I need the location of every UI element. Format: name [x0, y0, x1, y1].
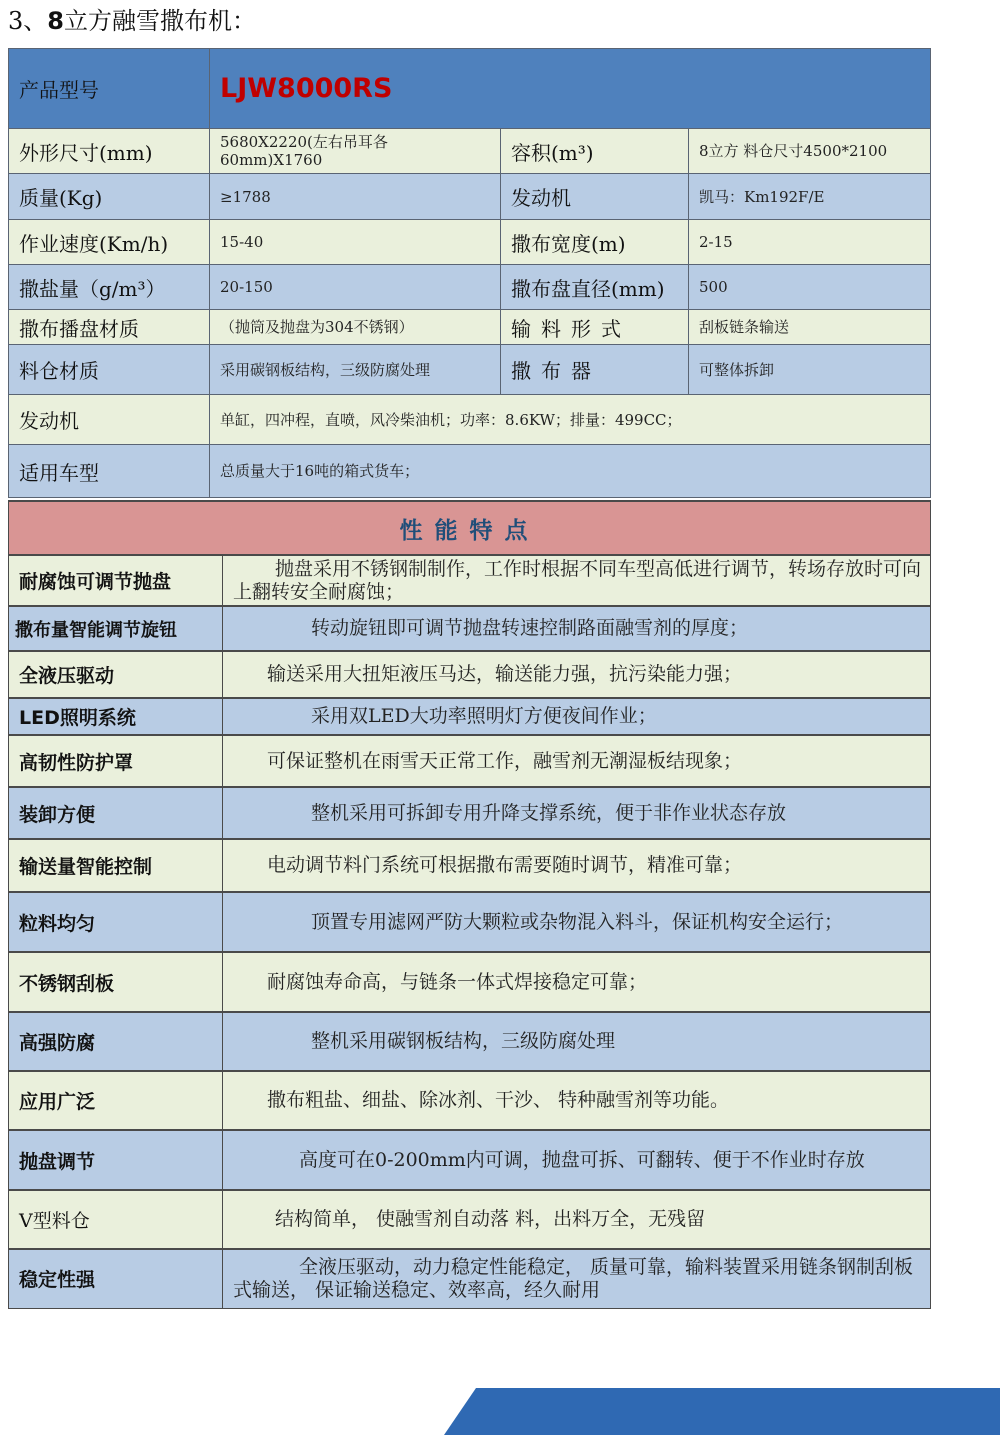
- feature-value: 输送采用大扭矩液压马达，输送能力强，抗污染能力强；: [223, 651, 931, 698]
- feature-row: 应用广泛 撒布粗盐、细盐、除冰剂、干沙、 特种融雪剂等功能。: [9, 1071, 931, 1130]
- spec-table: 产品型号 LJW8000RS 外形尺寸(mm) 5680X2220(左右吊耳各6…: [8, 48, 931, 498]
- feature-row: V型料仓 结构简单， 使融雪剂自动落 料，出料万全，无残留: [9, 1190, 931, 1249]
- feature-label: 全液压驱动: [9, 651, 223, 698]
- feature-label: 粒料均匀: [9, 892, 223, 952]
- spec-row: 作业速度(Km/h) 15-40 撒布宽度(m) 2-15: [9, 220, 931, 265]
- spec-value: 可整体拆卸: [689, 345, 931, 395]
- feature-row: 稳定性强 全液压驱动，动力稳定性能稳定， 质量可靠，输料装置采用链条钢制刮板式输…: [9, 1249, 931, 1308]
- feature-value: 采用双LED大功率照明灯方便夜间作业；: [223, 698, 931, 735]
- spec-value: 刮板链条输送: [689, 310, 931, 345]
- spec-value: 500: [689, 265, 931, 310]
- spec-value: 2-15: [689, 220, 931, 265]
- spec-row: 外形尺寸(mm) 5680X2220(左右吊耳各60mm)X1760 容积(m³…: [9, 129, 931, 174]
- spec-label: 撒盐量（g/m³）: [9, 265, 210, 310]
- spec-row: 质量(Kg) ≥1788 发动机 凯马：Km192F/E: [9, 174, 931, 220]
- feature-row: 不锈钢刮板 耐腐蚀寿命高，与链条一体式焊接稳定可靠；: [9, 952, 931, 1012]
- feature-label: 不锈钢刮板: [9, 952, 223, 1012]
- feature-value: 转动旋钮即可调节抛盘转速控制路面融雪剂的厚度；: [223, 606, 931, 651]
- feature-label: 高韧性防护罩: [9, 735, 223, 787]
- feature-label: 高强防腐: [9, 1012, 223, 1071]
- spec-label: 输料形式: [501, 310, 689, 345]
- spec-label: 适用车型: [9, 445, 210, 498]
- spec-label: 容积(m³): [501, 129, 689, 174]
- feature-row: 输送量智能控制 电动调节料门系统可根据撒布需要随时调节，精准可靠；: [9, 839, 931, 892]
- feature-value: 抛盘采用不锈钢制制作，工作时根据不同车型高低进行调节，转场存放时可向上翻转安全耐…: [223, 555, 931, 606]
- spec-label: 发动机: [501, 174, 689, 220]
- feature-label: 应用广泛: [9, 1071, 223, 1130]
- spec-value: ≥1788: [210, 174, 501, 220]
- feature-row: 耐腐蚀可调节抛盘 抛盘采用不锈钢制制作，工作时根据不同车型高低进行调节，转场存放…: [9, 555, 931, 606]
- spec-value: 8立方 料仓尺寸4500*2100: [689, 129, 931, 174]
- heading-prefix: 3、: [8, 7, 47, 35]
- spec-label: 撒布播盘材质: [9, 310, 210, 345]
- spec-label: 撒布器: [501, 345, 689, 395]
- feature-value: 整机采用可拆卸专用升降支撑系统，便于非作业状态存放: [223, 787, 931, 839]
- feature-row: 撒布量智能调节旋钮 转动旋钮即可调节抛盘转速控制路面融雪剂的厚度；: [9, 606, 931, 651]
- feature-value: 顶置专用滤网严防大颗粒或杂物混入料斗，保证机构安全运行；: [223, 892, 931, 952]
- feature-label: 撒布量智能调节旋钮: [9, 606, 223, 651]
- feature-row: 粒料均匀 顶置专用滤网严防大颗粒或杂物混入料斗，保证机构安全运行；: [9, 892, 931, 952]
- feature-label: LED照明系统: [9, 698, 223, 735]
- feature-row: 高强防腐 整机采用碳钢板结构，三级防腐处理: [9, 1012, 931, 1071]
- spec-value: 5680X2220(左右吊耳各60mm)X1760: [210, 129, 501, 174]
- feature-value: 整机采用碳钢板结构，三级防腐处理: [223, 1012, 931, 1071]
- feature-label: 装卸方便: [9, 787, 223, 839]
- spec-label: 撒布盘直径(mm): [501, 265, 689, 310]
- spec-value: 采用碳钢板结构，三级防腐处理: [210, 345, 501, 395]
- heading-number: 8: [47, 7, 64, 35]
- feature-row: 装卸方便 整机采用可拆卸专用升降支撑系统，便于非作业状态存放: [9, 787, 931, 839]
- feature-value: 电动调节料门系统可根据撒布需要随时调节，精准可靠；: [223, 839, 931, 892]
- feature-value: 结构简单， 使融雪剂自动落 料，出料万全，无残留: [223, 1190, 931, 1249]
- spec-value: 总质量大于16吨的箱式货车；: [210, 445, 931, 498]
- spec-row: 撒盐量（g/m³） 20-150 撒布盘直径(mm) 500: [9, 265, 931, 310]
- feature-label: 输送量智能控制: [9, 839, 223, 892]
- spec-label: 发动机: [9, 395, 210, 445]
- spec-wide-row: 发动机 单缸，四冲程，直喷，风冷柴油机；功率：8.6KW；排量：499CC；: [9, 395, 931, 445]
- feature-label: 稳定性强: [9, 1249, 223, 1308]
- feature-value: 高度可在0-200mm内可调，抛盘可拆、可翻转、便于不作业时存放: [223, 1130, 931, 1190]
- spec-value: （抛筒及抛盘为304不锈钢）: [210, 310, 501, 345]
- feature-value: 全液压驱动，动力稳定性能稳定， 质量可靠，输料装置采用链条钢制刮板式输送， 保证…: [223, 1249, 931, 1308]
- features-table: 性能特点 耐腐蚀可调节抛盘 抛盘采用不锈钢制制作，工作时根据不同车型高低进行调节…: [8, 500, 931, 1309]
- feature-label: 耐腐蚀可调节抛盘: [9, 555, 223, 606]
- spec-value: 20-150: [210, 265, 501, 310]
- spec-row: 撒布播盘材质 （抛筒及抛盘为304不锈钢） 输料形式 刮板链条输送: [9, 310, 931, 345]
- feature-value: 耐腐蚀寿命高，与链条一体式焊接稳定可靠；: [223, 952, 931, 1012]
- spec-value: 凯马：Km192F/E: [689, 174, 931, 220]
- feature-value: 可保证整机在雨雪天正常工作，融雪剂无潮湿板结现象；: [223, 735, 931, 787]
- features-title: 性能特点: [9, 501, 931, 555]
- model-label: 产品型号: [9, 49, 210, 129]
- spec-label: 撒布宽度(m): [501, 220, 689, 265]
- spec-row: 料仓材质 采用碳钢板结构，三级防腐处理 撒布器 可整体拆卸: [9, 345, 931, 395]
- feature-label: V型料仓: [9, 1190, 223, 1249]
- spec-value: 单缸，四冲程，直喷，风冷柴油机；功率：8.6KW；排量：499CC；: [210, 395, 931, 445]
- feature-row: 高韧性防护罩 可保证整机在雨雪天正常工作，融雪剂无潮湿板结现象；: [9, 735, 931, 787]
- feature-row: 全液压驱动 输送采用大扭矩液压马达，输送能力强，抗污染能力强；: [9, 651, 931, 698]
- heading-title: 立方融雪撒布机：: [64, 7, 256, 35]
- section-heading: 3、8立方融雪撒布机：: [8, 4, 256, 38]
- model-row: 产品型号 LJW8000RS: [9, 49, 931, 129]
- footer-decorative-bar: [444, 1388, 1000, 1435]
- spec-value: 15-40: [210, 220, 501, 265]
- model-value: LJW8000RS: [210, 49, 931, 129]
- spec-label: 质量(Kg): [9, 174, 210, 220]
- feature-row: 抛盘调节 高度可在0-200mm内可调，抛盘可拆、可翻转、便于不作业时存放: [9, 1130, 931, 1190]
- feature-row: LED照明系统 采用双LED大功率照明灯方便夜间作业；: [9, 698, 931, 735]
- spec-label: 作业速度(Km/h): [9, 220, 210, 265]
- feature-label: 抛盘调节: [9, 1130, 223, 1190]
- spec-wide-row: 适用车型 总质量大于16吨的箱式货车；: [9, 445, 931, 498]
- spec-label: 外形尺寸(mm): [9, 129, 210, 174]
- spec-label: 料仓材质: [9, 345, 210, 395]
- feature-value: 撒布粗盐、细盐、除冰剂、干沙、 特种融雪剂等功能。: [223, 1071, 931, 1130]
